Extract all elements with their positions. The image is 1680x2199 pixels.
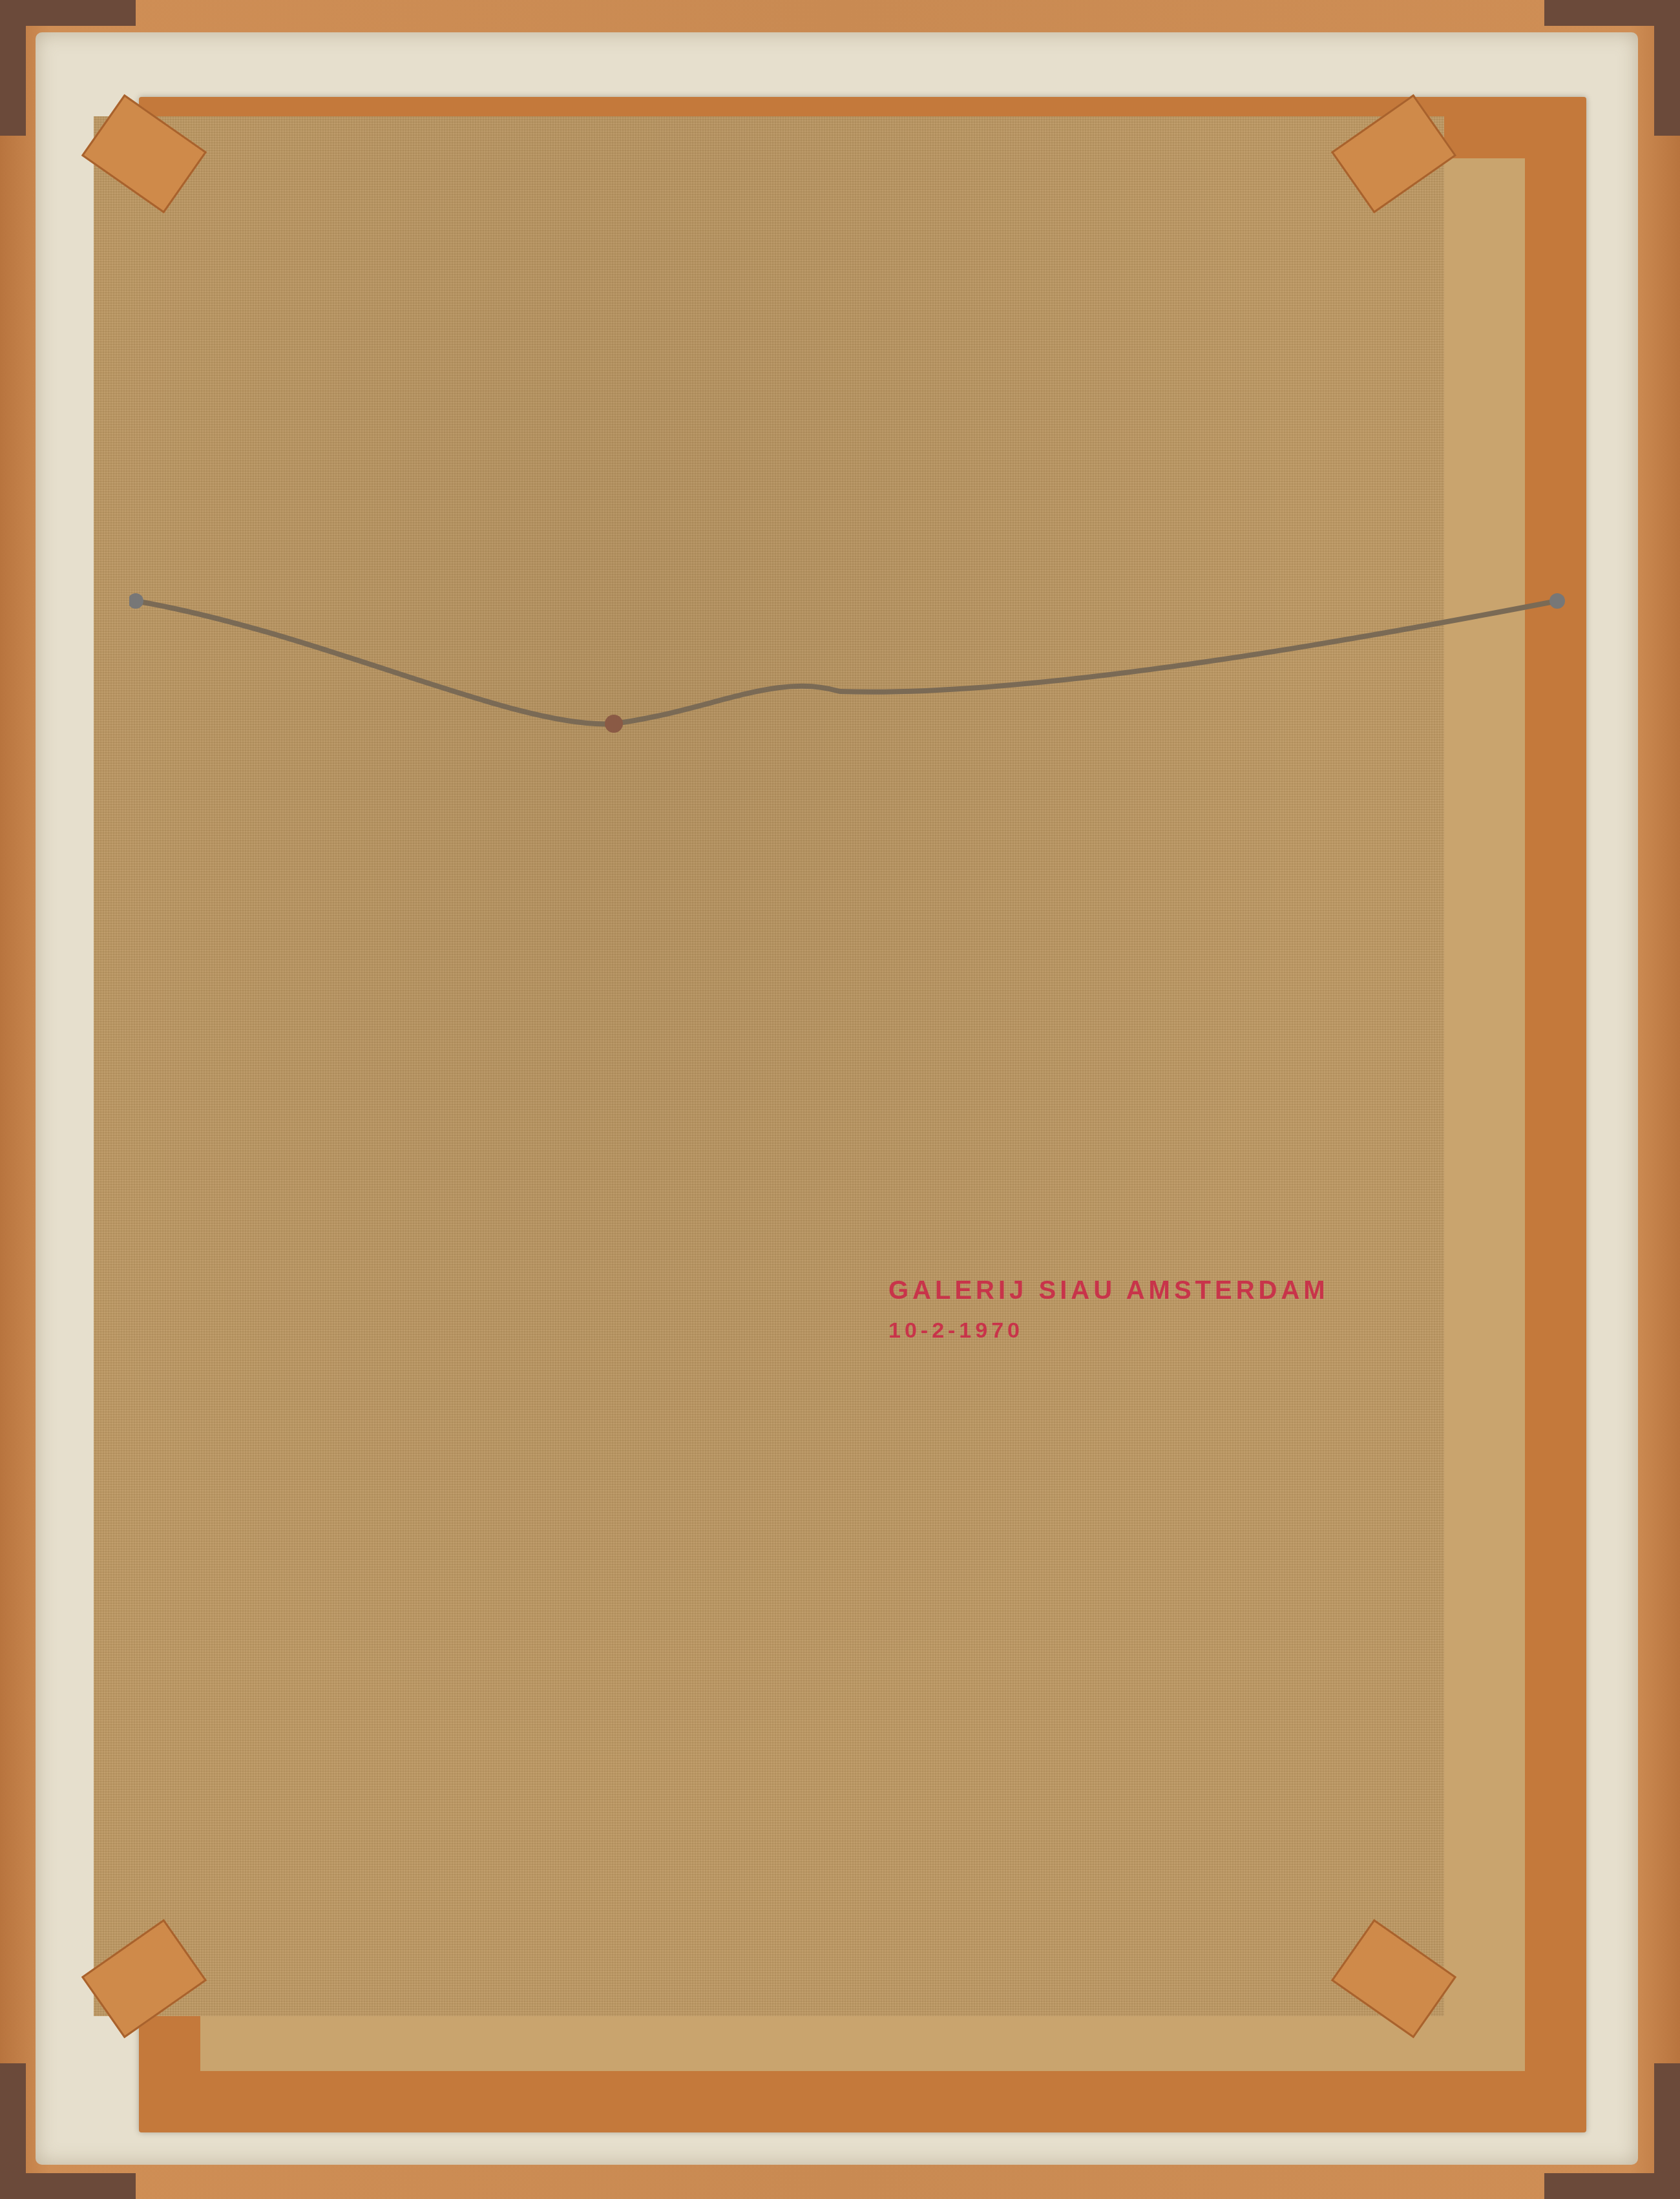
gallery-name-text: GALERIJ SIAU AMSTERDAM <box>888 1276 1329 1305</box>
linen-canvas-back <box>94 116 1444 2016</box>
canvas-tacking-margin <box>36 32 1638 2165</box>
wire-knot <box>605 715 623 733</box>
eye-hook-right <box>1549 593 1565 609</box>
date-text: 10-2-1970 <box>888 1318 1329 1343</box>
eye-hook-left <box>129 593 143 609</box>
gallery-inscription: GALERIJ SIAU AMSTERDAM 10-2-1970 <box>888 1276 1329 1343</box>
hanging-wire <box>129 582 1583 750</box>
